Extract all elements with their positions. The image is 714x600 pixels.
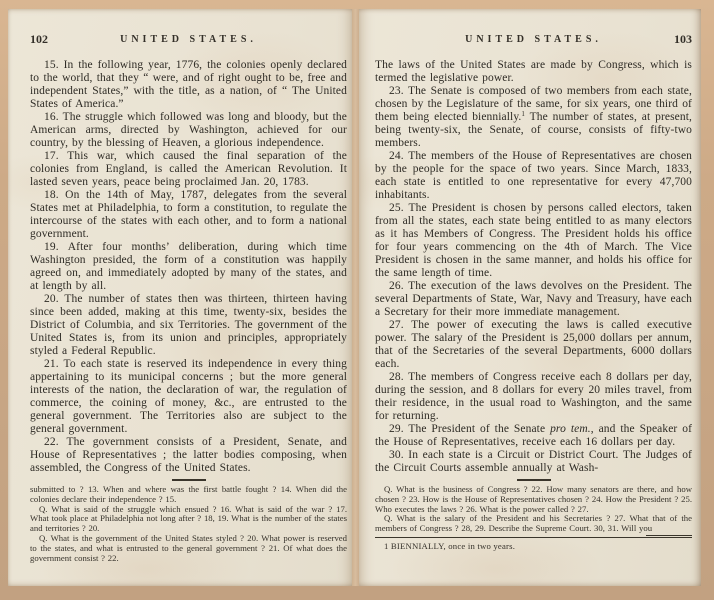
pro-tem-italic: pro tem. bbox=[550, 423, 591, 435]
right-page-body: The laws of the United States are made b… bbox=[375, 59, 692, 475]
footnote-divider-left bbox=[172, 479, 206, 481]
paragraph-17: 17. This war, which caused the final sep… bbox=[30, 150, 347, 189]
paragraph-18: 18. On the 14th of May, 1787, delegates … bbox=[30, 189, 347, 241]
biennially-footnote: 1 BIENNIALLY, once in two years. bbox=[375, 541, 692, 551]
question-block: Q. What is said of the struggle which en… bbox=[30, 505, 347, 534]
question-block: Q. What is the business of Congress ? 22… bbox=[375, 485, 692, 514]
paragraph-15: 15. In the following year, 1776, the col… bbox=[30, 59, 347, 111]
right-text-column: UNITED STATES. 103 The laws of the Unite… bbox=[375, 34, 692, 551]
paragraph-28: 28. The members of Congress receive each… bbox=[375, 371, 692, 423]
left-page-body: 15. In the following year, 1776, the col… bbox=[30, 59, 347, 475]
page-number-right: 103 bbox=[674, 32, 692, 47]
running-header-right: UNITED STATES. bbox=[375, 34, 692, 45]
paragraph-continuation: The laws of the United States are made b… bbox=[375, 59, 692, 85]
paragraph-16: 16. The struggle which followed was long… bbox=[30, 111, 347, 150]
right-page-header: UNITED STATES. 103 bbox=[375, 34, 692, 50]
question-block: submitted to ? 13. When and where was th… bbox=[30, 485, 347, 505]
page-gutter bbox=[352, 9, 359, 586]
paragraph-23: 23. The Senate is composed of two member… bbox=[375, 85, 692, 150]
page-left: 102 UNITED STATES. 15. In the following … bbox=[8, 9, 352, 586]
paragraph-29: 29. The President of the Senate pro tem.… bbox=[375, 423, 692, 449]
page-right: UNITED STATES. 103 The laws of the Unite… bbox=[359, 9, 701, 586]
paragraph-19: 19. After four months’ deliberation, dur… bbox=[30, 241, 347, 293]
paragraph-26: 26. The execution of the laws devolves o… bbox=[375, 280, 692, 319]
paragraph-24: 24. The members of the House of Represen… bbox=[375, 150, 692, 202]
rule-segment bbox=[646, 535, 692, 536]
paragraph-25: 25. The President is chosen by persons c… bbox=[375, 202, 692, 280]
left-text-column: 102 UNITED STATES. 15. In the following … bbox=[30, 34, 347, 563]
paragraph-21: 21. To each state is reserved its indepe… bbox=[30, 358, 347, 436]
paragraph-30: 30. In each state is a Circuit or Distri… bbox=[375, 449, 692, 475]
footnote-divider-right bbox=[517, 479, 551, 481]
left-page-header: 102 UNITED STATES. bbox=[30, 34, 347, 50]
question-block: Q. What is the salary of the President a… bbox=[375, 514, 692, 534]
running-header-left: UNITED STATES. bbox=[30, 34, 347, 45]
book-scan: 102 UNITED STATES. 15. In the following … bbox=[0, 0, 714, 600]
page-number-left: 102 bbox=[30, 32, 48, 47]
footnote-rule bbox=[375, 537, 692, 538]
right-page-questions: Q. What is the business of Congress ? 22… bbox=[375, 485, 692, 534]
paragraph-27: 27. The power of executing the laws is c… bbox=[375, 319, 692, 371]
paragraph-29-text: 29. The President of the Senate bbox=[389, 423, 550, 435]
left-page-questions: submitted to ? 13. When and where was th… bbox=[30, 485, 347, 563]
paragraph-20: 20. The number of states then was thirte… bbox=[30, 293, 347, 358]
paragraph-22: 22. The government consists of a Preside… bbox=[30, 436, 347, 475]
question-block: Q. What is the government of the United … bbox=[30, 534, 347, 563]
